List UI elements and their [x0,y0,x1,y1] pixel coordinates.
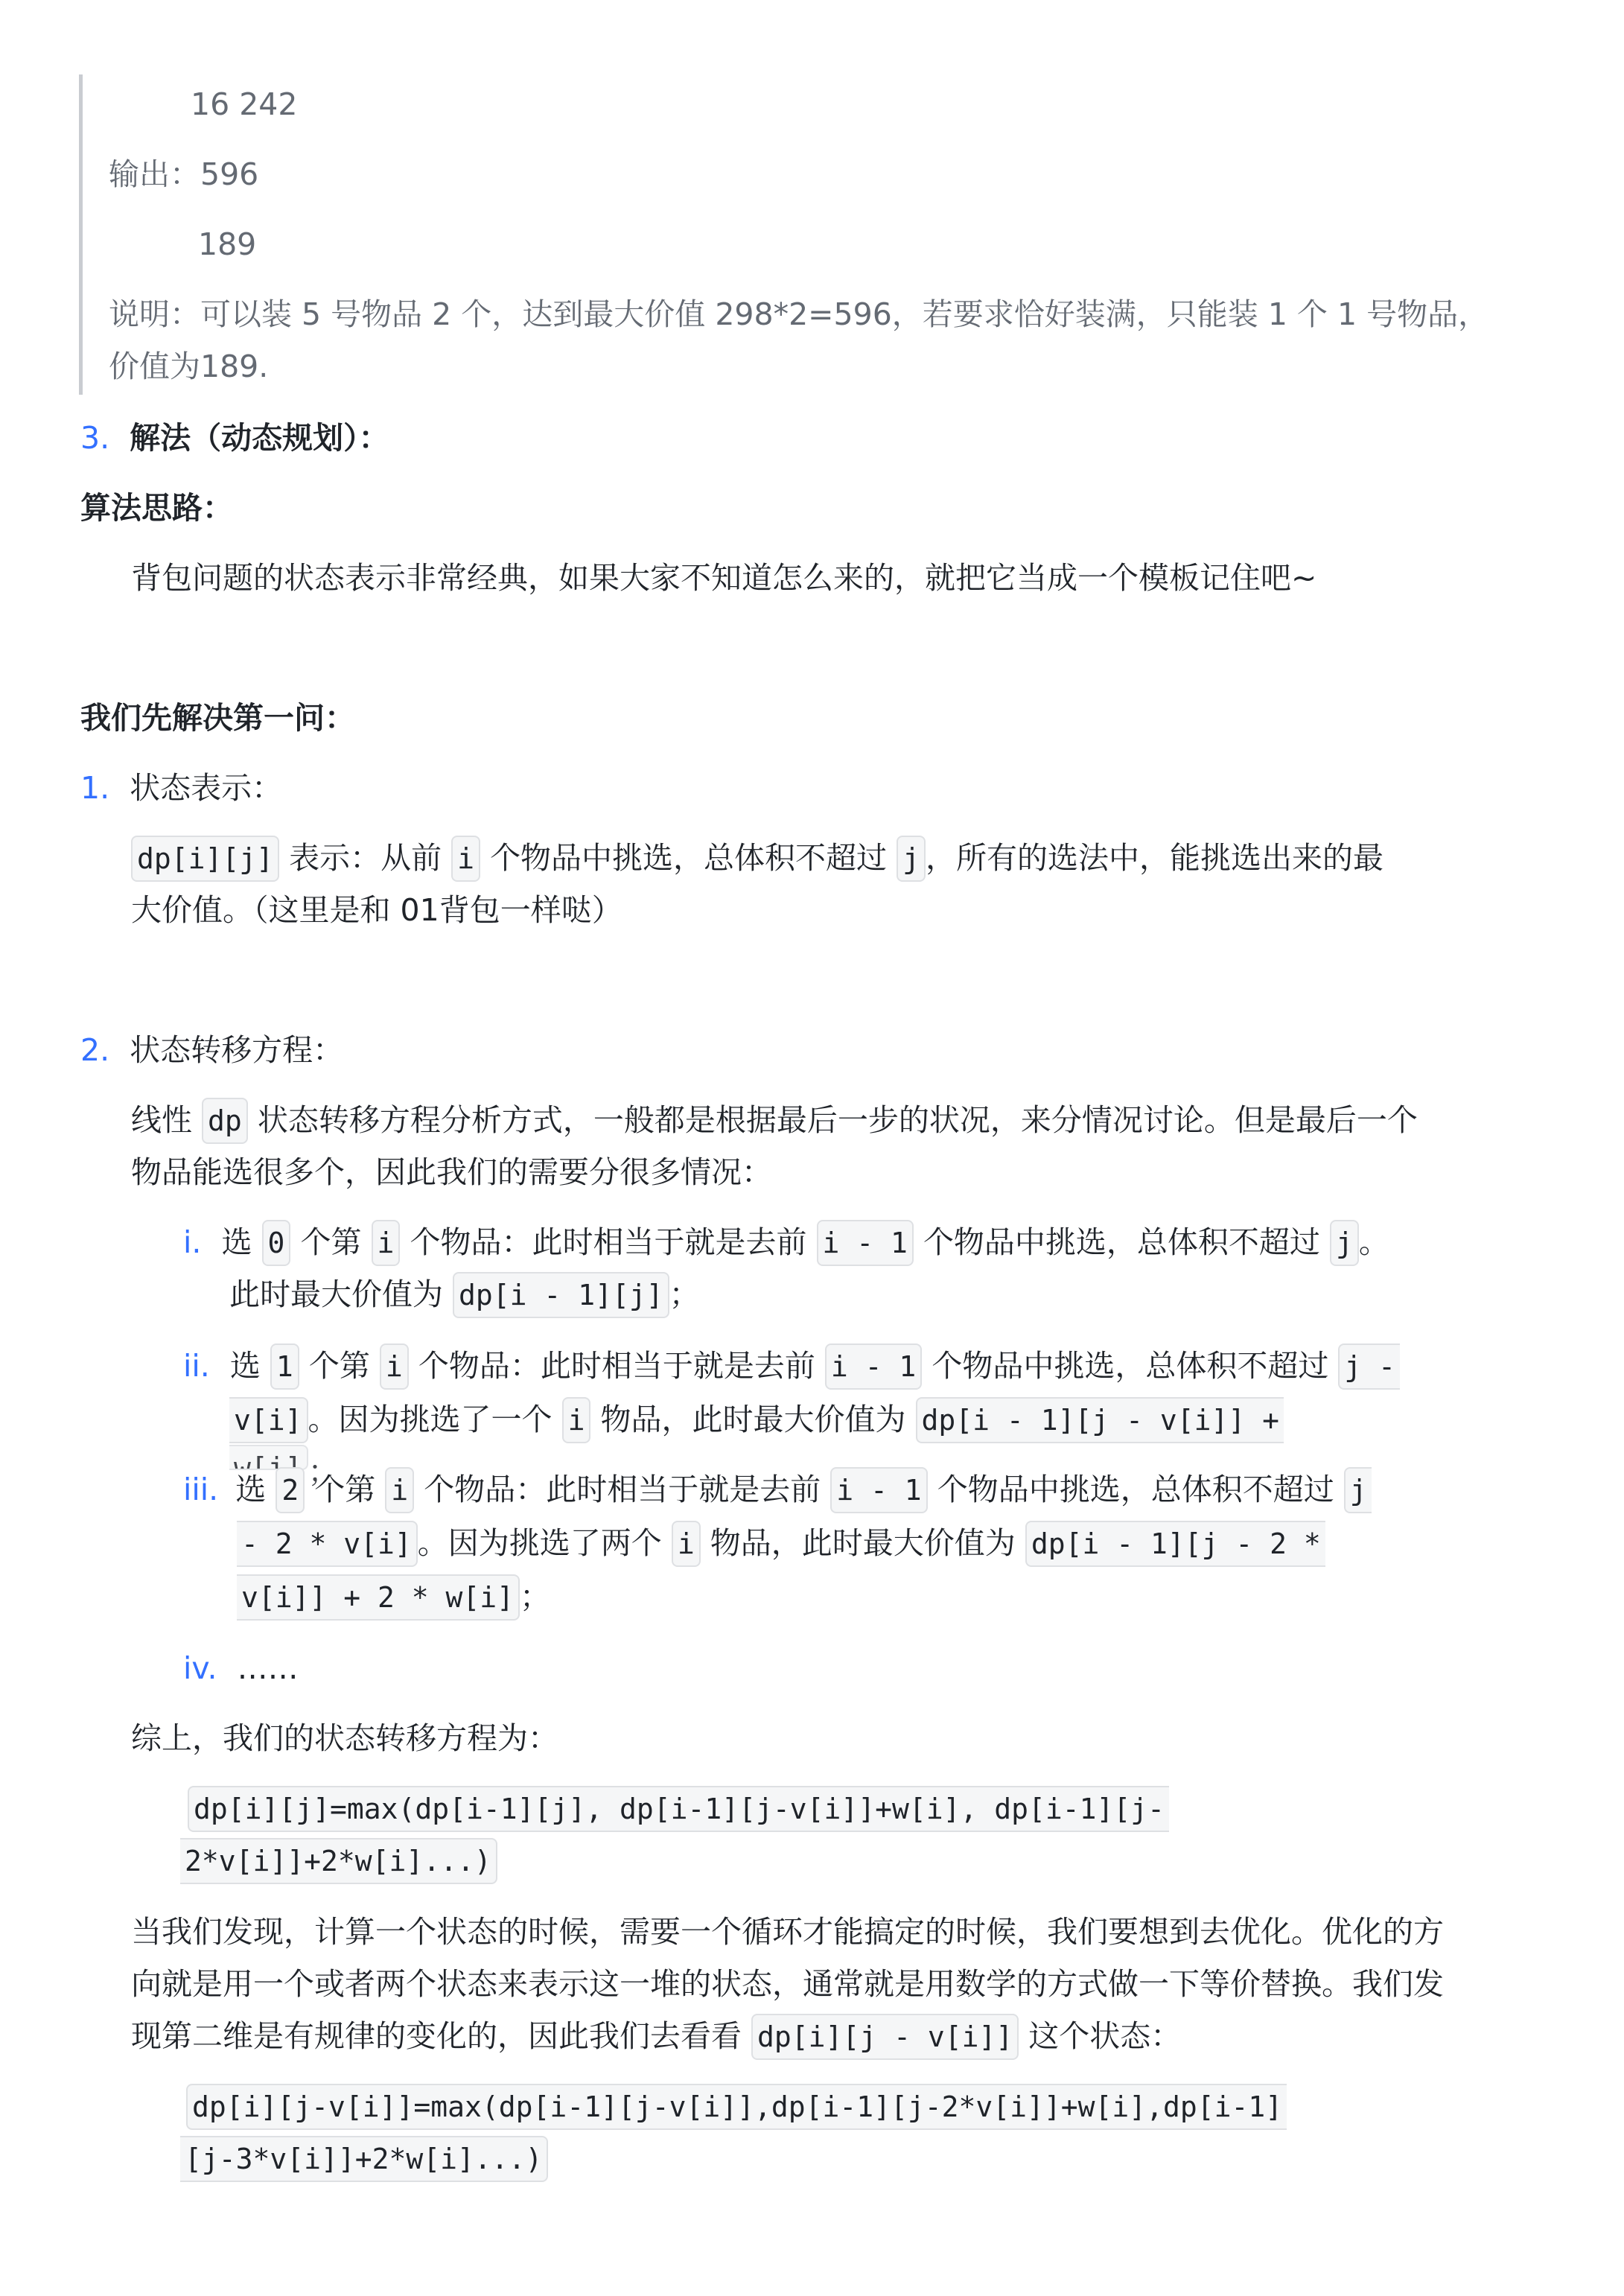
code-i: i [372,1220,401,1266]
text: 个物品中挑选，总体积不超过 [923,1224,1320,1260]
text: 这个状态： [1028,2018,1181,2054]
text: 选 [221,1224,252,1260]
step2-para-line1: 线性 dp 状态转移方程分析方式，一般都是根据最后一步的状况，来分情况讨论。但是… [131,1093,1418,1147]
quote-output-label: 输出： [109,156,200,192]
list-marker: i. [183,1224,201,1260]
text: 此时最大价值为 [229,1276,443,1312]
section3-title: 解法（动态规划）： [130,420,389,456]
code-prev: i - 1 [817,1220,914,1266]
step1-desc-line2: 大价值。（这里是和 01背包一样哒） [131,883,622,937]
quote-explain-line1: 说明：可以装 5 号物品 2 个，达到最大价值 298*2=596，若要求恰好装… [109,287,1488,341]
text: ； [669,1276,700,1312]
code-prev: i - 1 [825,1343,922,1390]
text: 。因为挑选了两个 [418,1525,662,1561]
text: …… [238,1650,299,1686]
code-cap: j [1344,1467,1372,1513]
blockquote-bar [79,74,83,395]
case-iv: iv. …… [183,1641,299,1695]
quote-output-line2: 189 [198,217,256,271]
text: 选 [230,1348,261,1384]
text: 个第 [314,1472,375,1507]
text: 。 [1359,1224,1389,1260]
code-i: i [562,1397,591,1443]
text: 物品，此时最大价值为 [601,1402,906,1437]
text: 现第二维是有规律的变化的，因此我们去看看 [131,2018,742,2054]
formula2-code-cont: [j-3*v[i]]+2*w[i]...) [180,2136,548,2182]
step2-heading: 2. 状态转移方程： [80,1023,343,1077]
opt-line1: 当我们发现，计算一个状态的时候，需要一个循环才能搞定的时候，我们要想到去优化。优… [131,1905,1444,1959]
text: 个物品中挑选，总体积不超过 [932,1348,1328,1384]
code-count: 2 [276,1467,305,1513]
code-cap: j - [1338,1343,1400,1390]
code-state: dp[i][j - v[i]] [751,2014,1019,2060]
text: 个物品中挑选，总体积不超过 [937,1472,1334,1507]
code-value: dp[i - 1][j] [453,1272,669,1318]
opt-line2: 向就是用一个或者两个状态来表示这一堆的状态，通常就是用数学的方式做一下等价替换。… [131,1957,1444,2011]
code-value: dp[i - 1][j - v[i]] + [916,1397,1284,1443]
code-cap-cont: - 2 * v[i] [237,1521,418,1567]
code-i: i [385,1467,414,1513]
quote-output-value: 596 [200,156,258,192]
case-iii-line2: - 2 * v[i]。因为挑选了两个 i 物品，此时最大价值为 dp[i - 1… [237,1516,1325,1570]
list-marker: iv. [183,1650,217,1686]
list-marker: 2. [80,1032,109,1068]
code-dp: dp [202,1098,248,1144]
first-question-heading: 我们先解决第一问： [80,691,355,745]
text: ，所有的选法中，能挑选出来的最 [926,840,1383,876]
text: 个物品：此时相当于就是去前 [418,1348,815,1384]
step1-title: 状态表示： [130,770,282,806]
algo-heading: 算法思路： [80,481,233,535]
text: 个物品：此时相当于就是去前 [410,1224,806,1260]
code-count: 1 [270,1343,299,1390]
text: 个物品：此时相当于就是去前 [424,1472,821,1507]
quote-explain-line2: 价值为189. [109,340,268,393]
text: 。因为挑选了一个 [308,1402,553,1437]
code-value-cont: v[i]] + 2 * w[i] [237,1574,520,1621]
summary-text: 综上，我们的状态转移方程为： [131,1711,558,1765]
code-prev: i - 1 [830,1467,927,1513]
code-cap: j [1330,1220,1359,1266]
case-iii-line3: v[i]] + 2 * w[i]； [237,1570,550,1624]
list-marker: iii. [183,1472,218,1507]
step1-heading: 1. 状态表示： [80,761,282,815]
case-ii-line2: v[i]。因为挑选了一个 i 物品，此时最大价值为 dp[i - 1][j - … [229,1393,1284,1446]
algo-intro: 背包问题的状态表示非常经典，如果大家不知道怎么来的，就把它当成一个模板记住吧~ [131,551,1316,605]
text: 物品，此时最大价值为 [710,1525,1016,1561]
step2-title: 状态转移方程： [130,1032,343,1068]
list-marker: 3. [80,420,109,456]
case-i-line1: i. 选 0 个第 i 个物品：此时相当于就是去前 i - 1 个物品中挑选，总… [183,1215,1389,1269]
step2-para-line2: 物品能选很多个，因此我们的需要分很多情况： [131,1145,772,1199]
text: 线性 [131,1102,192,1138]
section3-heading: 3. 解法（动态规划）： [80,411,389,465]
step1-desc-line1: dp[i][j] 表示：从前 i 个物品中挑选，总体积不超过 j，所有的选法中，… [131,831,1383,885]
text: 个物品中挑选，总体积不超过 [490,840,887,876]
code-count: 0 [262,1220,291,1266]
text: ； [520,1579,550,1615]
code-i: i [380,1343,409,1390]
formula-code: dp[i][j]=max(dp[i-1][j], dp[i-1][j-v[i]]… [188,1786,1169,1832]
text: 个第 [309,1348,370,1384]
formula2-code: dp[i][j-v[i]]=max(dp[i-1][j-v[i]],dp[i-1… [186,2084,1287,2130]
formula-line1: dp[i][j]=max(dp[i-1][j], dp[i-1][j-v[i]]… [188,1781,1169,1835]
case-iii-line1: iii. 选 2 个第 i 个物品：此时相当于就是去前 i - 1 个物品中挑选… [183,1463,1372,1516]
quote-output: 输出：596 [109,147,258,201]
code-i: i [672,1521,701,1567]
case-i-line2: 此时最大价值为 dp[i - 1][j]； [229,1268,700,1321]
formula-line2: 2*v[i]]+2*w[i]...) [180,1834,497,1887]
case-ii-line1: ii. 选 1 个第 i 个物品：此时相当于就是去前 i - 1 个物品中挑选，… [183,1339,1400,1393]
list-marker: ii. [183,1348,210,1384]
code-i: i [451,836,480,882]
code-j: j [897,836,926,882]
formula2-line1: dp[i][j-v[i]]=max(dp[i-1][j-v[i]],dp[i-1… [186,2079,1287,2133]
text: 选 [235,1472,266,1507]
list-marker: 1. [80,770,109,806]
formula-code-cont: 2*v[i]]+2*w[i]...) [180,1838,497,1884]
code-dp: dp[i][j] [131,836,279,882]
opt-line3: 现第二维是有规律的变化的，因此我们去看看 dp[i][j - v[i]] 这个状… [131,2009,1181,2063]
text: 表示：从前 [289,840,442,876]
text: 状态转移方程分析方式，一般都是根据最后一步的状况，来分情况讨论。但是最后一个 [258,1102,1418,1138]
formula2-line2: [j-3*v[i]]+2*w[i]...) [180,2131,548,2185]
quote-input-line: 16 242 [191,77,297,131]
code-value: dp[i - 1][j - 2 * [1025,1521,1325,1567]
code-cap-cont: v[i] [229,1397,308,1443]
text: 个第 [300,1224,361,1260]
